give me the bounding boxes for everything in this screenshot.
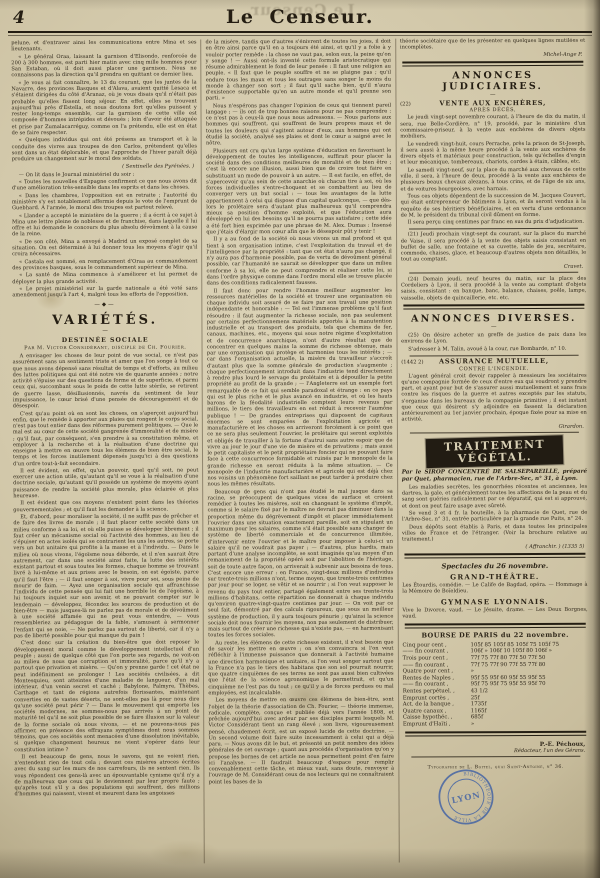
notice-number: (22) — [400, 101, 411, 107]
ornament-divider: —◆— — [12, 301, 197, 308]
horizontal-rule — [409, 272, 578, 274]
paragraph: Vive le Divorce, vaud. — Le Jésuite, dra… — [402, 607, 587, 620]
printer-imprint: Typographie de L. Boitel, quai Saint-Ant… — [403, 765, 588, 771]
advert-lead: Par le SIROP CONCENTRÉ DE SALSEPAREILLE,… — [402, 469, 587, 483]
paragraph: Deux dépôts sont établis à Paris, et dan… — [402, 524, 587, 544]
paragraph: Se vend 3 et 4 fr. la bouteille, à la ph… — [402, 510, 587, 523]
paragraph: C'est donc sur la création du bien-être … — [14, 640, 200, 753]
spectacles-heading: Spectacles du 26 novembre. — [402, 561, 587, 570]
dash-ornament: — — [401, 325, 586, 331]
paragraph: Les moyens de mettre en œuvre ces élémen… — [208, 697, 394, 785]
horizontal-rule — [405, 731, 586, 737]
paragraph: A envisager les choses de leur point de … — [13, 353, 199, 410]
notice-heading: (22)VENTE AUX ENCHÈRES,APRÈS DÉCÈS, — [400, 100, 585, 114]
paragraph: — On lit dans le Journal ministériel du … — [12, 171, 197, 178]
paragraph: (21) Jeudi prochain vingt-sept du couran… — [401, 231, 586, 263]
dash-ornament: — — [12, 328, 197, 334]
notice-heading: (1442 2)ASSURANCE MUTUELLE,CONTRE L'INCE… — [401, 358, 586, 372]
paragraph: S'adresser à M. Talin, avoué à la cour, … — [401, 346, 586, 353]
paragraph: « Quelques individus qui ont été présens… — [12, 137, 197, 163]
horizontal-rule — [404, 553, 585, 559]
paragraph: Plusieurs ont cru qu'un large système d'… — [206, 147, 392, 235]
bourse-row: Emprunt d'Haïti ,» — [403, 721, 588, 728]
paragraph: « Llander a accepté le ministère de la g… — [12, 212, 197, 238]
paragraph: C'est qu'au point où en sont les choses,… — [13, 410, 199, 467]
section-heading: VARIÉTÉS. — [12, 312, 197, 328]
section-heading: ANNONCES DIVERSES. — [401, 313, 586, 325]
article-byline: Par M. Victor Considérant, disciple de C… — [13, 344, 198, 351]
columns-container: pelune, et d'entraver ainsi les communic… — [7, 38, 593, 865]
notice-number: (1442 2) — [401, 360, 423, 366]
horizontal-rule — [409, 228, 578, 230]
paragraph: Beaucoup de gens qui n'ont pas étudié le… — [207, 488, 393, 639]
paragraph: « Castala est nommé, en remplacement d'O… — [12, 258, 197, 271]
paragraph: Et, d'abord, pour moraliser la société, … — [13, 514, 199, 640]
paragraph: (24) Demain jeudi, neuf heures du matin,… — [401, 276, 586, 302]
paragraph: théorie sociétaire que de les présenter … — [400, 38, 585, 51]
column-1: pelune, et d'entraver ainsi les communic… — [7, 39, 204, 864]
paragraph: Le jeudi vingt-sept novembre courant, à … — [400, 114, 585, 140]
paragraph: « Le général Oraa, laissant la garnison … — [11, 53, 196, 79]
signature: Michel-Ange P. — [400, 51, 582, 58]
column-2: de la misère, tandis que d'autres s'éniv… — [201, 39, 399, 864]
paragraph: Il est évident que ces moyens n'existent… — [13, 500, 198, 513]
horizontal-rule — [403, 304, 584, 310]
masthead-rule — [8, 31, 592, 36]
section-heading: ANNONCES JUDICIAIRES. — [400, 70, 585, 93]
horizontal-rule — [402, 61, 583, 67]
paragraph: Les maladies secrètes, les gonorrhées ré… — [402, 484, 587, 510]
advert-banner: TRAITEMENTVÉGÉTAL. — [425, 436, 563, 468]
paragraph: Le vendredi vingt-huit, cours Perrache, … — [400, 140, 585, 166]
paragraph: Il y a au fond de la société où nous viv… — [206, 236, 392, 287]
horizontal-rule — [411, 756, 580, 758]
signature: Cravet. — [401, 264, 583, 271]
paragraph: pelune, et d'entraver ainsi les communic… — [11, 39, 196, 52]
paragraph: Les Étourdis, comédie. — Le Calife de Ba… — [402, 582, 587, 595]
theatre-name: GRAND-THÉÂTRE. — [402, 572, 587, 582]
paragraph: « Toutes les nouvelles d'Espagne confirm… — [12, 178, 197, 191]
paragraph: Il est beaucoup de gens, nous le savons,… — [14, 753, 200, 798]
paragraph: « La santé de Mina commence à s'améliore… — [12, 272, 197, 285]
paragraph: Le samedi vingt-neuf, sur la place du ma… — [400, 167, 585, 193]
paragraph: « Le projet ministériel sur la garde nat… — [12, 286, 197, 299]
signature: ( Sentinelle des Pyrénées. ) — [12, 163, 194, 170]
paragraph: Il sera perçu cinq centimes par franc en… — [401, 219, 586, 226]
bourse-values: » — [471, 721, 588, 728]
paragraph: (25) On désire acheter un greffe de just… — [401, 332, 586, 345]
horizontal-rule — [409, 354, 578, 356]
newspaper-page: Le Censeur. 4 Le Censeur. pelune, et d'e… — [0, 0, 600, 878]
theatre-name: GYMNASE LYONNAIS. — [402, 597, 587, 607]
horizontal-rule — [410, 432, 579, 434]
paragraph: L'agent général croit devoir rappeler à … — [401, 372, 587, 423]
bourse-label: Emprunt d'Haïti , — [403, 721, 471, 728]
paragraph: « De son côté, Mina a envoyé à Madrid un… — [12, 238, 197, 258]
dash-ornament: — — [400, 93, 585, 99]
paragraph: « Dans les chambres, l'opposition est en… — [12, 192, 197, 212]
editor-block: P.-E. Péchoux,Rédacteur, l'un des Gérans… — [403, 742, 588, 755]
horizontal-rule — [404, 623, 585, 629]
editor-role: Rédacteur, l'un des Gérans. — [403, 748, 585, 755]
paragraph: de la misère, tandis que d'autres s'éniv… — [206, 39, 392, 102]
paragraph: Au reste, les élémens de cette richesse … — [208, 639, 394, 696]
paragraph: Il faut donc pour rendre l'homme meilleu… — [207, 287, 393, 488]
paragraph: Il est évident, en effet, qu'un pouvoir,… — [13, 467, 198, 499]
column-3: théorie sociétaire que de les présenter … — [395, 38, 593, 863]
paragraph: Nous n'espérons pas changer l'opinion de… — [206, 102, 392, 147]
bourse-title: BOURSE DE PARIS du 22 novembre. — [402, 631, 587, 640]
notice-subtitle: CONTRE L'INCENDIE. — [401, 365, 586, 372]
bourse-table: BOURSE DE PARIS du 22 novembre.Cinq pour… — [402, 631, 588, 728]
paragraph: Tous ces objets dépendent de la successi… — [401, 193, 586, 219]
signature: ( Affranchir. ) (1335 5) — [402, 544, 584, 551]
signature: Girardon. — [402, 424, 584, 431]
article-title: DESTINÉE SOCIALE — [12, 336, 197, 344]
newspaper-title: Le Censeur. — [0, 6, 600, 28]
paragraph: « Je vous ai fait connaître, le 13 du co… — [11, 79, 197, 136]
notice-subtitle: APRÈS DÉCÈS, — [400, 107, 585, 114]
